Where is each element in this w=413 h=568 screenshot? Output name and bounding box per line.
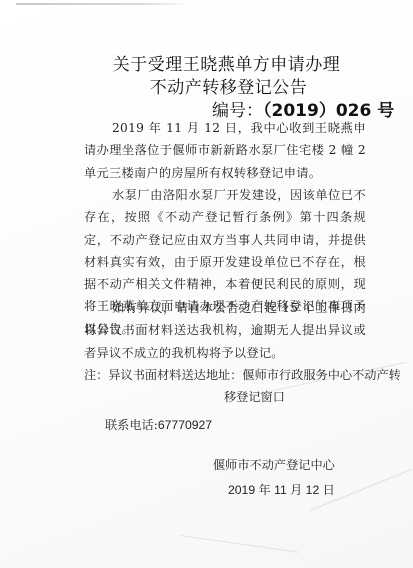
- paragraph-application: 2019 年 11 月 12 日，我中心收到王晓燕申请办理坐落位于偃师市新新路水…: [84, 117, 366, 184]
- notice-title-line1: 关于受理王晓燕单方申请办理: [20, 50, 413, 75]
- contact-phone-number: 67770927: [158, 418, 212, 432]
- scan-edge-shadow: [16, 3, 191, 5]
- notice-title-line2: 不动产转移登记公告: [22, 73, 413, 98]
- paragraph-objection: 如有异议，请自本公告之日起 15 个工作日内将异议书面材料送达我机构，逾期无人提…: [84, 297, 366, 364]
- objection-address-note: 注：异议书面材料送达地址：偃师市行政服务中心不动产转: [84, 364, 401, 386]
- scanned-page: 关于受理王晓燕单方申请办理 不动产转移登记公告 编号：（2019）026 号 2…: [0, 0, 413, 568]
- issuing-authority: 偃师市不动产登记中心: [213, 456, 335, 473]
- paper-crease: [180, 535, 299, 553]
- issue-date: 2019 年 11 月 12 日: [228, 481, 335, 498]
- objection-address-note-cont: 移登记窗口: [224, 386, 285, 408]
- contact-phone-label: 联系电话:: [105, 418, 158, 432]
- contact-phone: 联系电话:67770927: [105, 414, 212, 436]
